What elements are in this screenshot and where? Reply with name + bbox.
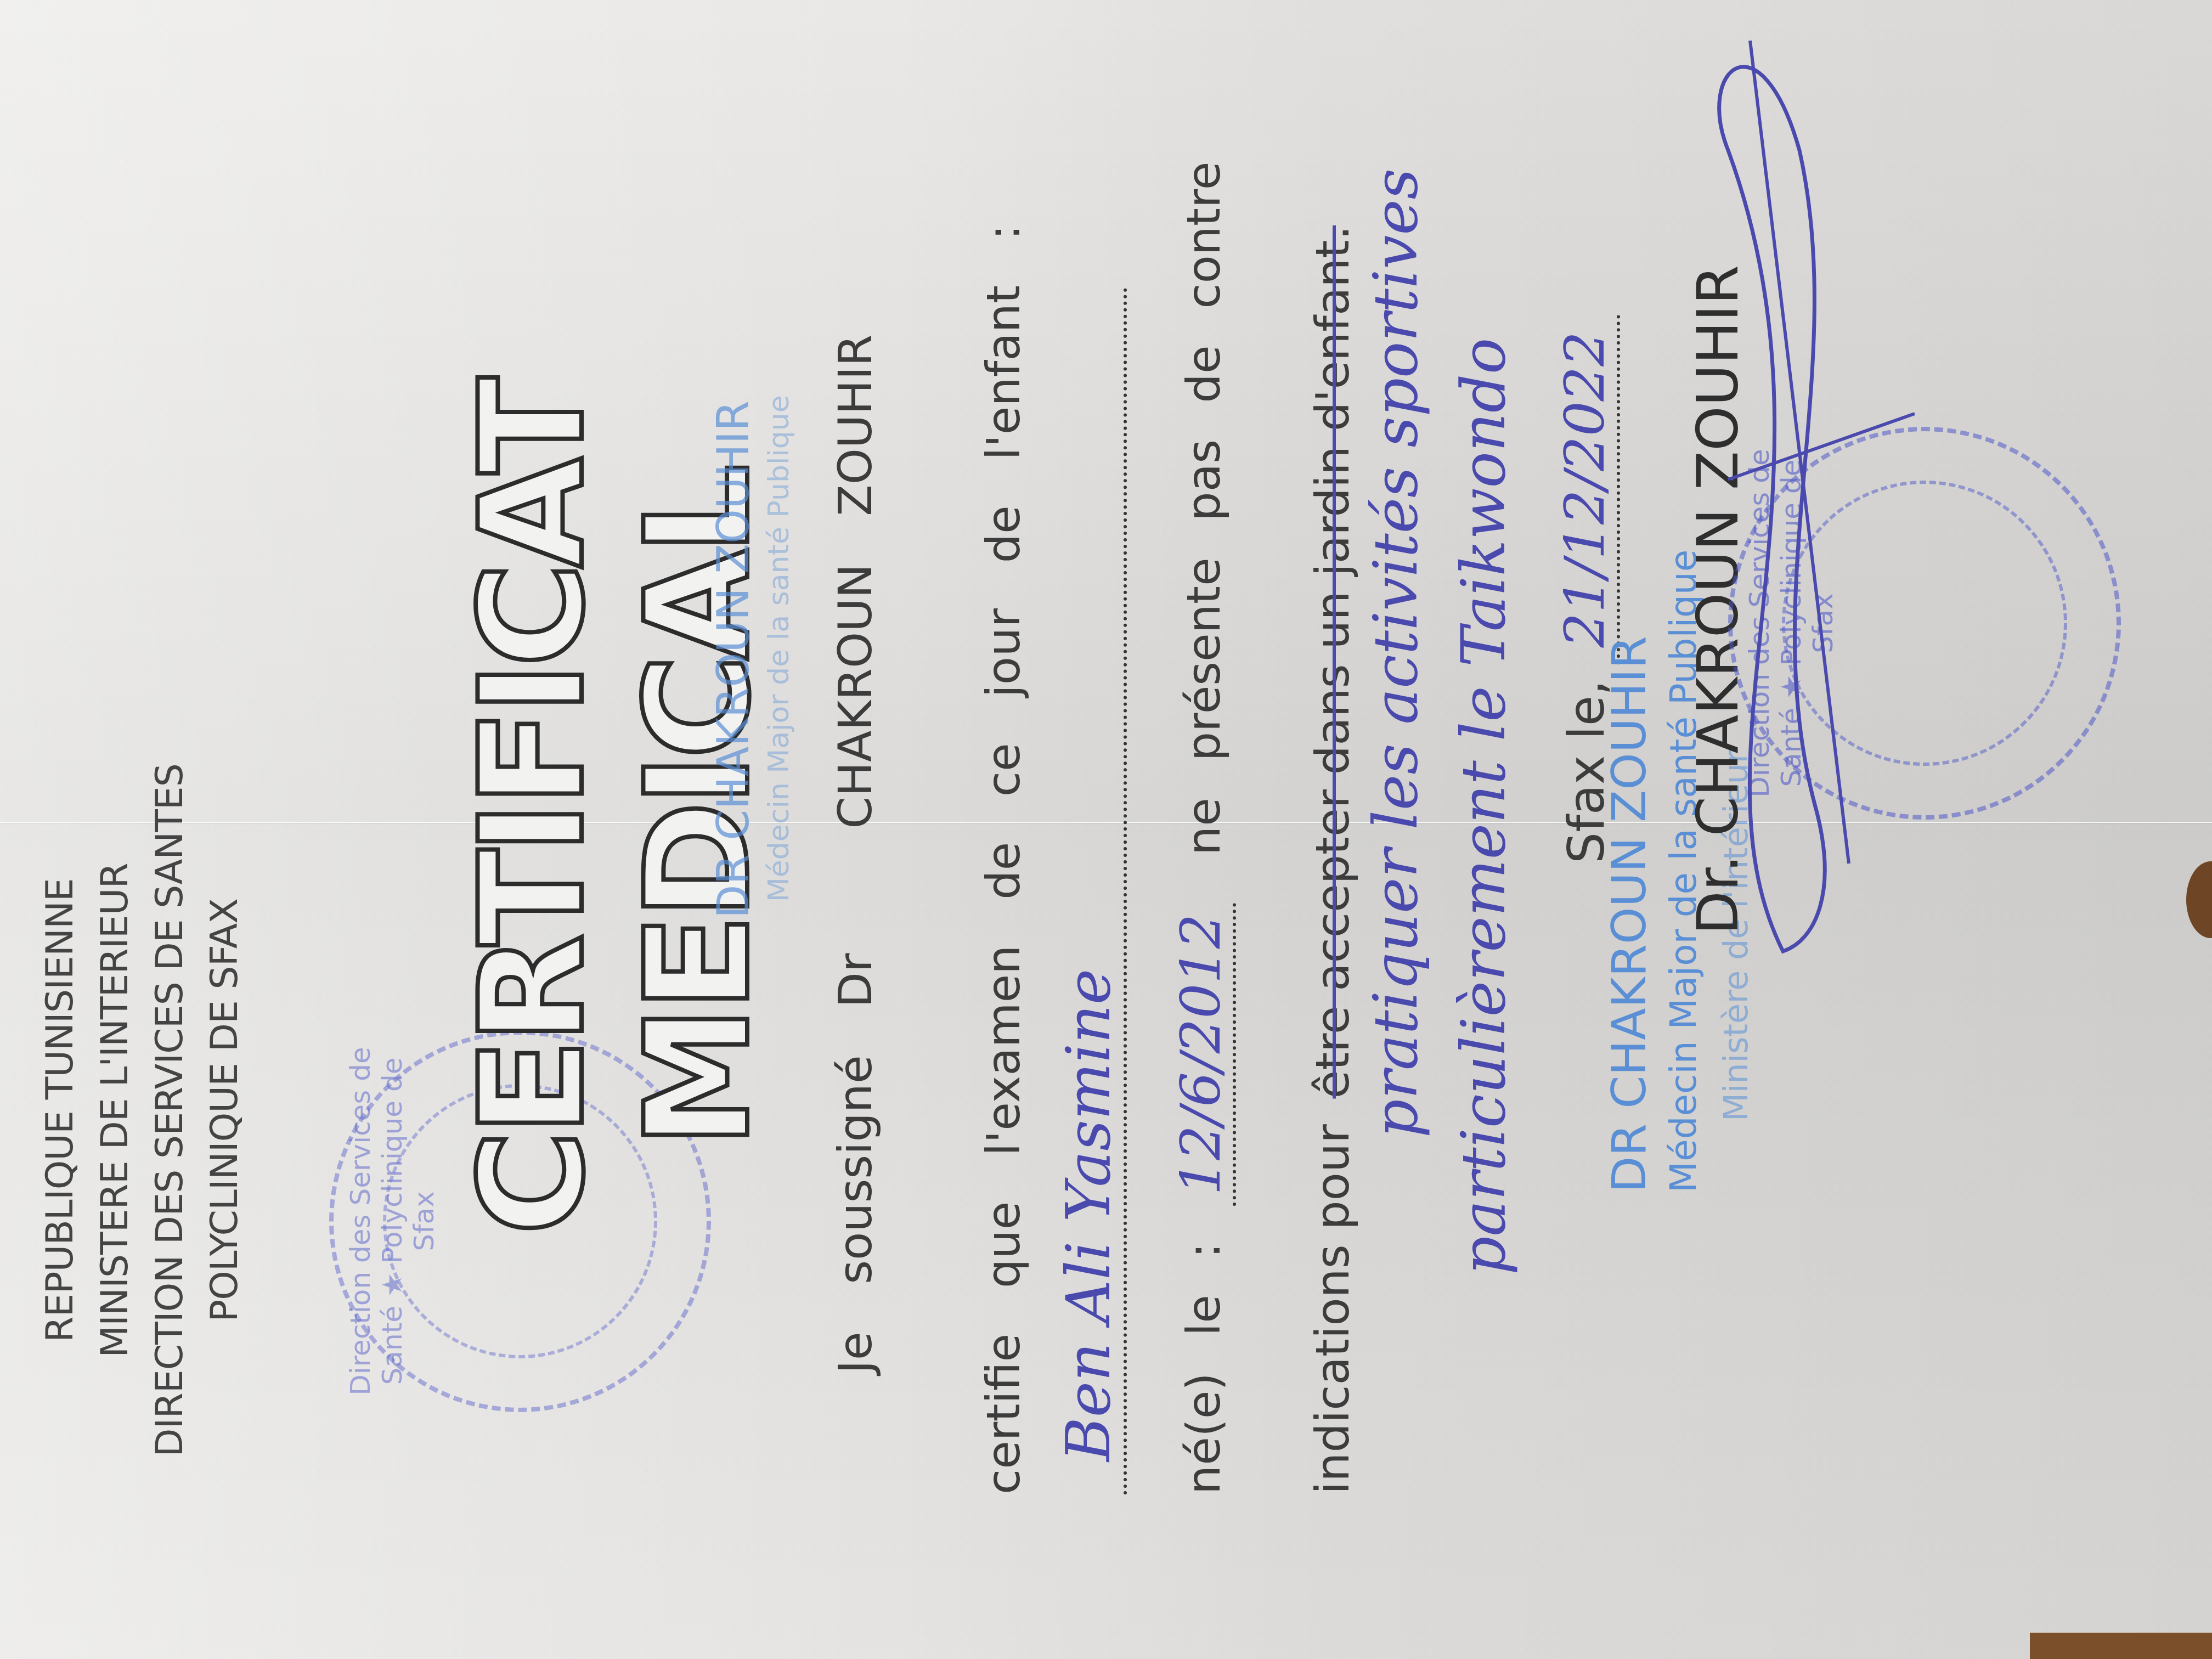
handwritten-activity-1: pratiquer les activités sportives bbox=[1361, 168, 1431, 1138]
no-contra-text: ne présente pas de contre bbox=[1177, 162, 1231, 855]
certificate-line-3: né(e) le : 12/6/2012 ne présente pas de … bbox=[1169, 162, 1236, 1494]
birth-date: 12/6/2012 bbox=[1169, 914, 1233, 1195]
struck-text: être accepter dans un jardin d'enfant. bbox=[1306, 225, 1359, 1099]
letterhead: REPUBLIQUE TUNISIENNE MINISTERE DE L'INT… bbox=[33, 726, 252, 1494]
child-name-line: Ben Ali Yasmine bbox=[1053, 287, 1127, 1494]
doctor-stamp-title: Médecin Major de la santé Publique bbox=[763, 395, 795, 902]
birth-date-field: 12/6/2012 bbox=[1169, 903, 1236, 1206]
doctor-name: CHAKROUN ZOUHIR bbox=[828, 334, 882, 828]
certificate-line-1: Je soussigné Dr CHAKROUN ZOUHIR bbox=[828, 334, 882, 1374]
intro-text: Je soussigné Dr bbox=[828, 953, 882, 1374]
issue-date-field: 21/12/2022 bbox=[1553, 315, 1620, 664]
indications-text: indications pour bbox=[1306, 1124, 1359, 1494]
letterhead-line: DIRECTION DES SERVICES DE SANTES bbox=[143, 726, 198, 1494]
issue-date: 21/12/2022 bbox=[1553, 331, 1617, 647]
certificate-line-4: indications pour être accepter dans un j… bbox=[1306, 225, 1359, 1494]
doctor-signature bbox=[1618, 0, 2002, 973]
born-label: né(e) le : bbox=[1177, 1243, 1231, 1494]
certificate-line-2: certifie que l'examen de ce jour de l'en… bbox=[977, 224, 1030, 1494]
letterhead-line: MINISTERE DE L'INTERIEUR bbox=[88, 726, 143, 1494]
letterhead-line: POLYCLINIQUE DE SFAX bbox=[198, 726, 252, 1494]
doctor-stamp-name: DR CHAKROUN ZOUHIR bbox=[708, 400, 759, 918]
child-name: Ben Ali Yasmine bbox=[1053, 969, 1124, 1462]
letterhead-line: REPUBLIQUE TUNISIENNE bbox=[33, 726, 88, 1494]
medical-certificate-page: REPUBLIQUE TUNISIENNE MINISTERE DE L'INT… bbox=[0, 0, 2212, 1659]
seal-text: Direction des Services de Santé ★ Polycl… bbox=[345, 1035, 440, 1408]
child-name-field: Ben Ali Yasmine bbox=[1053, 287, 1127, 1494]
handwritten-activity-2: particulièrement le Taikwondo bbox=[1448, 338, 1519, 1275]
